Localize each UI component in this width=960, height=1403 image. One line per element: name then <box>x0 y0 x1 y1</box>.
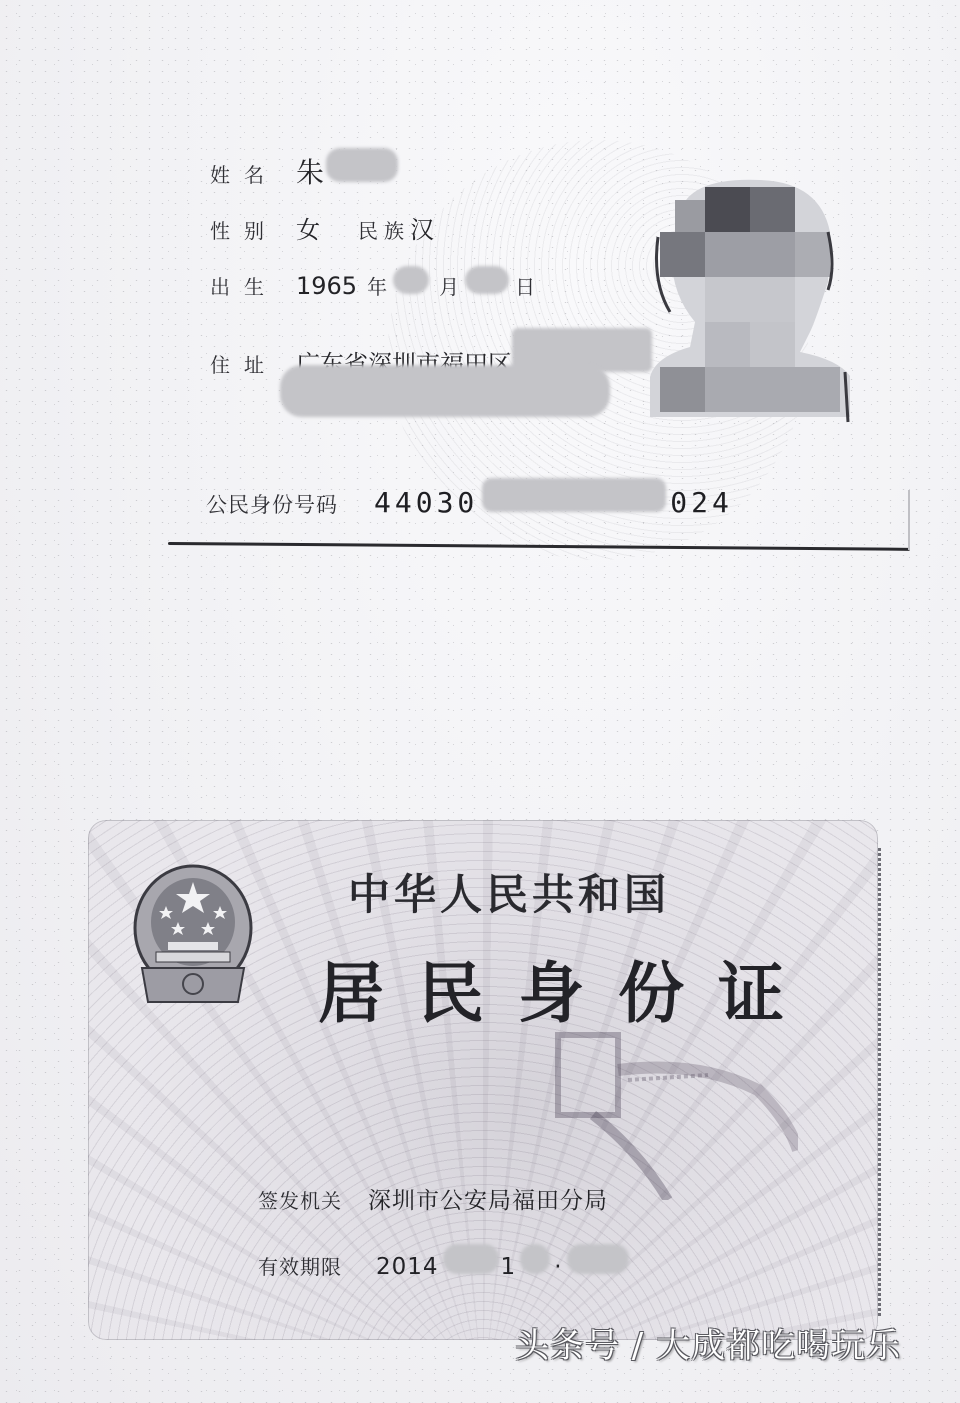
ethnicity-field: 民族 汉 <box>358 210 434 245</box>
validity-redaction-1 <box>443 1244 499 1274</box>
national-emblem-icon <box>128 860 258 1010</box>
address-label: 住址 <box>210 349 278 378</box>
birth-label: 出生 <box>210 271 278 300</box>
validity-redaction-3 <box>567 1244 629 1274</box>
sex-field: 性别 女 <box>210 210 320 245</box>
name-value: 朱 <box>296 151 324 191</box>
name-field: 姓名 朱 <box>210 148 398 191</box>
validity-mid: 1 <box>501 1254 517 1280</box>
sex-label: 性别 <box>210 215 278 244</box>
country-title: 中华人民共和国 <box>348 862 670 922</box>
ethnicity-label: 民族 <box>358 215 410 244</box>
birth-field: 出生 1965 年 月 日 <box>210 266 535 300</box>
id-card-front: 姓名 朱 性别 女 民族 汉 出生 1965 年 月 日 住址 广东省深圳市福田… <box>168 100 913 555</box>
birth-month-redaction <box>393 266 429 294</box>
id-number-field: 公民身份号码 44030 024 <box>206 478 733 519</box>
card-edge-right-dotted <box>878 848 881 1318</box>
card-edge-right <box>908 490 910 550</box>
portrait-photo <box>650 172 850 432</box>
name-label: 姓名 <box>210 159 278 188</box>
card-title: 居民身份证 <box>318 940 818 1035</box>
id-number-label: 公民身份号码 <box>206 489 338 519</box>
validity-field: 有效期限 2014 1 · <box>258 1244 629 1280</box>
validity-label: 有效期限 <box>258 1251 342 1280</box>
validity-redaction-2 <box>520 1244 550 1274</box>
pixelated-portrait-icon <box>650 172 850 432</box>
ethnicity-value: 汉 <box>410 210 434 245</box>
birth-month-unit: 月 <box>439 271 459 300</box>
name-redaction <box>326 148 398 182</box>
id-number-prefix: 44030 <box>374 486 478 519</box>
id-number-suffix: 024 <box>670 486 733 519</box>
birth-day-unit: 日 <box>515 271 535 300</box>
source-watermark: 头条号 / 大成都吃喝玩乐 <box>515 1318 901 1367</box>
id-card-back: 中华人民共和国 居民身份证 签发机关 深圳市公安局福田分局 有效期限 2014 … <box>88 820 878 1340</box>
address-redaction-line2 <box>280 365 610 417</box>
birth-day-redaction <box>465 266 509 294</box>
validity-start: 2014 <box>376 1254 439 1280</box>
sex-value: 女 <box>296 210 320 245</box>
issuer-label: 签发机关 <box>258 1185 342 1214</box>
id-number-redaction <box>482 478 666 512</box>
birth-year-unit: 年 <box>367 271 387 300</box>
validity-separator: · <box>554 1254 562 1280</box>
birth-year: 1965 <box>296 272 357 300</box>
issuer-field: 签发机关 深圳市公安局福田分局 <box>258 1182 608 1215</box>
great-wall-pattern-icon <box>498 1030 798 1200</box>
document-page: 姓名 朱 性别 女 民族 汉 出生 1965 年 月 日 住址 广东省深圳市福田… <box>0 0 960 1403</box>
issuer-value: 深圳市公安局福田分局 <box>368 1182 608 1215</box>
